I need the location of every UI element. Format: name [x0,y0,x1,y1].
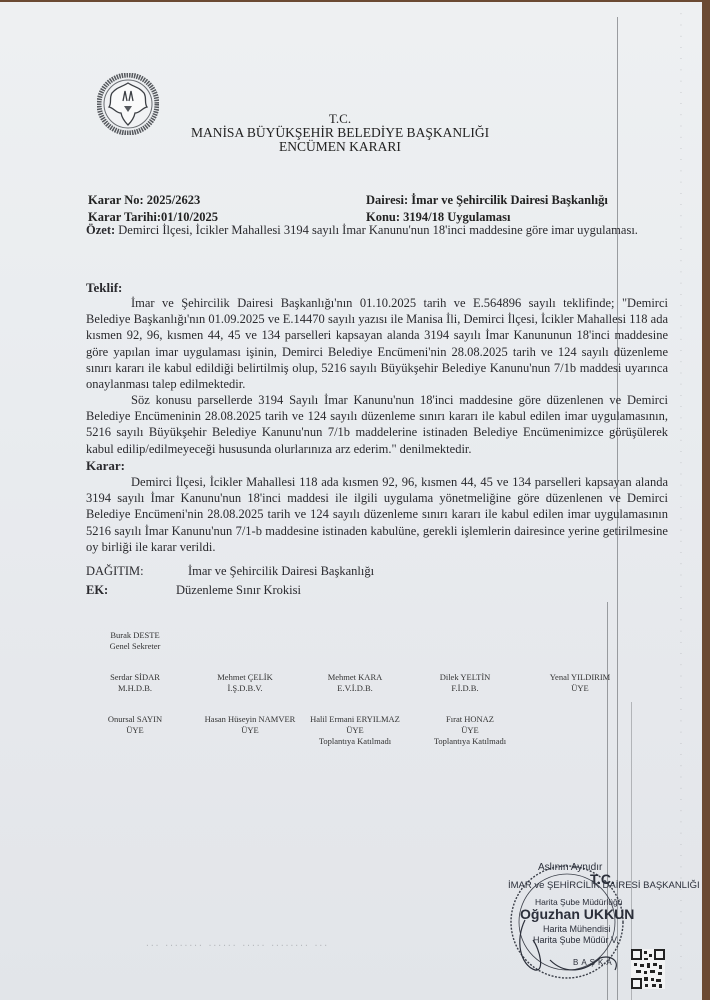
dagitim-value: İmar ve Şehircilik Dairesi Başkanlığı [188,564,374,578]
signatory-note: Toplantıya Katılmadı [420,736,520,747]
decision-document-page: · · · · · · · · · · · · · · · · · · · · … [0,2,702,1000]
karar-heading: Karar: [86,458,125,474]
signatory-title: Genel Sekreter [95,641,175,652]
teklif-heading: Teklif: [86,280,122,296]
stamp-line: İMAR ve ŞEHİRCİLİK DAİRESİ BAŞKANLIĞI [508,880,700,891]
signatory: Halil Ermani ERYILMAZ ÜYE Toplantıya Kat… [300,714,410,747]
signatory-title: ÜYE [190,725,310,736]
ek-label: EK: [86,581,176,600]
municipality-emblem-icon [97,73,159,135]
signatory: Onursal SAYIN ÜYE [90,714,180,736]
signatory-title: İ.Ş.D.B.V. [200,683,290,694]
teklif-paragraph-2: Söz konusu parsellerde 3194 Sayılı İmar … [86,392,668,457]
signatory: Serdar SİDAR M.H.D.B. [90,672,180,694]
stamp-line: Harita Şube Müdür V. [533,935,619,945]
signatory-name: Mehmet ÇELİK [200,672,290,683]
signatory-name: Hasan Hüseyin NAMVER [190,714,310,725]
signatory-note: Toplantıya Katılmadı [300,736,410,747]
signatory: Mehmet KARA E.V.İ.D.B. [310,672,400,694]
signatory: Dilek YELTİN F.İ.D.B. [420,672,510,694]
summary: Özet: Demirci İlçesi, İcikler Mahallesi … [86,222,666,238]
decision-meta-right: Dairesi: İmar ve Şehircilik Dairesi Başk… [366,192,608,226]
dagitim-label: DAĞITIM: [86,562,188,581]
signatory: Hasan Hüseyin NAMVER ÜYE [190,714,310,736]
stamp-line: Oğuzhan UKKUN [520,906,634,922]
header-tc: T.C. [190,112,490,126]
karar-no-value: 2025/2623 [147,193,200,207]
dairesi-value: İmar ve Şehircilik Dairesi Başkanlığı [411,193,608,207]
header-doc-type: ENCÜMEN KARARI [190,140,490,154]
ek-value: Düzenleme Sınır Krokisi [176,583,301,597]
stamp-line: Harita Mühendisi [543,924,611,934]
signatory-title: ÜYE [530,683,630,694]
stamp-line: BAŞKA [573,958,615,967]
distribution: DAĞITIM:İmar ve Şehircilik Dairesi Başka… [86,562,374,600]
signatory-name: Yenal YILDIRIM [530,672,630,683]
signatory-name: Serdar SİDAR [90,672,180,683]
signatory-title: ÜYE [90,725,180,736]
signatory-name: Fırat HONAZ [420,714,520,725]
signatory-name: Burak DESTE [95,630,175,641]
summary-text: Demirci İlçesi, İcikler Mahallesi 3194 s… [118,223,638,237]
signatory-name: Onursal SAYIN [90,714,180,725]
bleed-through-text: · · · · · · · · · · · · · · · · · · · · … [674,12,684,990]
signatory-name: Dilek YELTİN [420,672,510,683]
signatory: Yenal YILDIRIM ÜYE [530,672,630,694]
qr-code-icon [631,949,665,989]
signatory-title: F.İ.D.B. [420,683,510,694]
signatory-title: E.V.İ.D.B. [310,683,400,694]
document-header: T.C. MANİSA BÜYÜKŞEHİR BELEDİYE BAŞKANLI… [190,112,490,154]
signatory-title: ÜYE [300,725,410,736]
signatory-name: Mehmet KARA [310,672,400,683]
signatory: Burak DESTE Genel Sekreter [95,630,175,652]
signatory-title: ÜYE [420,725,520,736]
summary-label: Özet: [86,223,115,237]
signatory-name: Halil Ermani ERYILMAZ [300,714,410,725]
dairesi-label: Dairesi: [366,193,408,207]
bleed-through-footer: ··· ········ ······ ····· ········ ··· [145,941,328,950]
signatory-title: M.H.D.B. [90,683,180,694]
signatory: Mehmet ÇELİK İ.Ş.D.B.V. [200,672,290,694]
karar-paragraph: Demirci İlçesi, İcikler Mahallesi 118 ad… [86,474,668,555]
karar-no-label: Karar No: [88,193,144,207]
decision-meta-left: Karar No: 2025/2623 Karar Tarihi:01/10/2… [88,192,218,226]
header-institution: MANİSA BÜYÜKŞEHİR BELEDİYE BAŞKANLIĞI [190,126,490,140]
signatory: Fırat HONAZ ÜYE Toplantıya Katılmadı [420,714,520,747]
teklif-paragraph-1: İmar ve Şehircilik Dairesi Başkanlığı'nı… [86,295,668,392]
